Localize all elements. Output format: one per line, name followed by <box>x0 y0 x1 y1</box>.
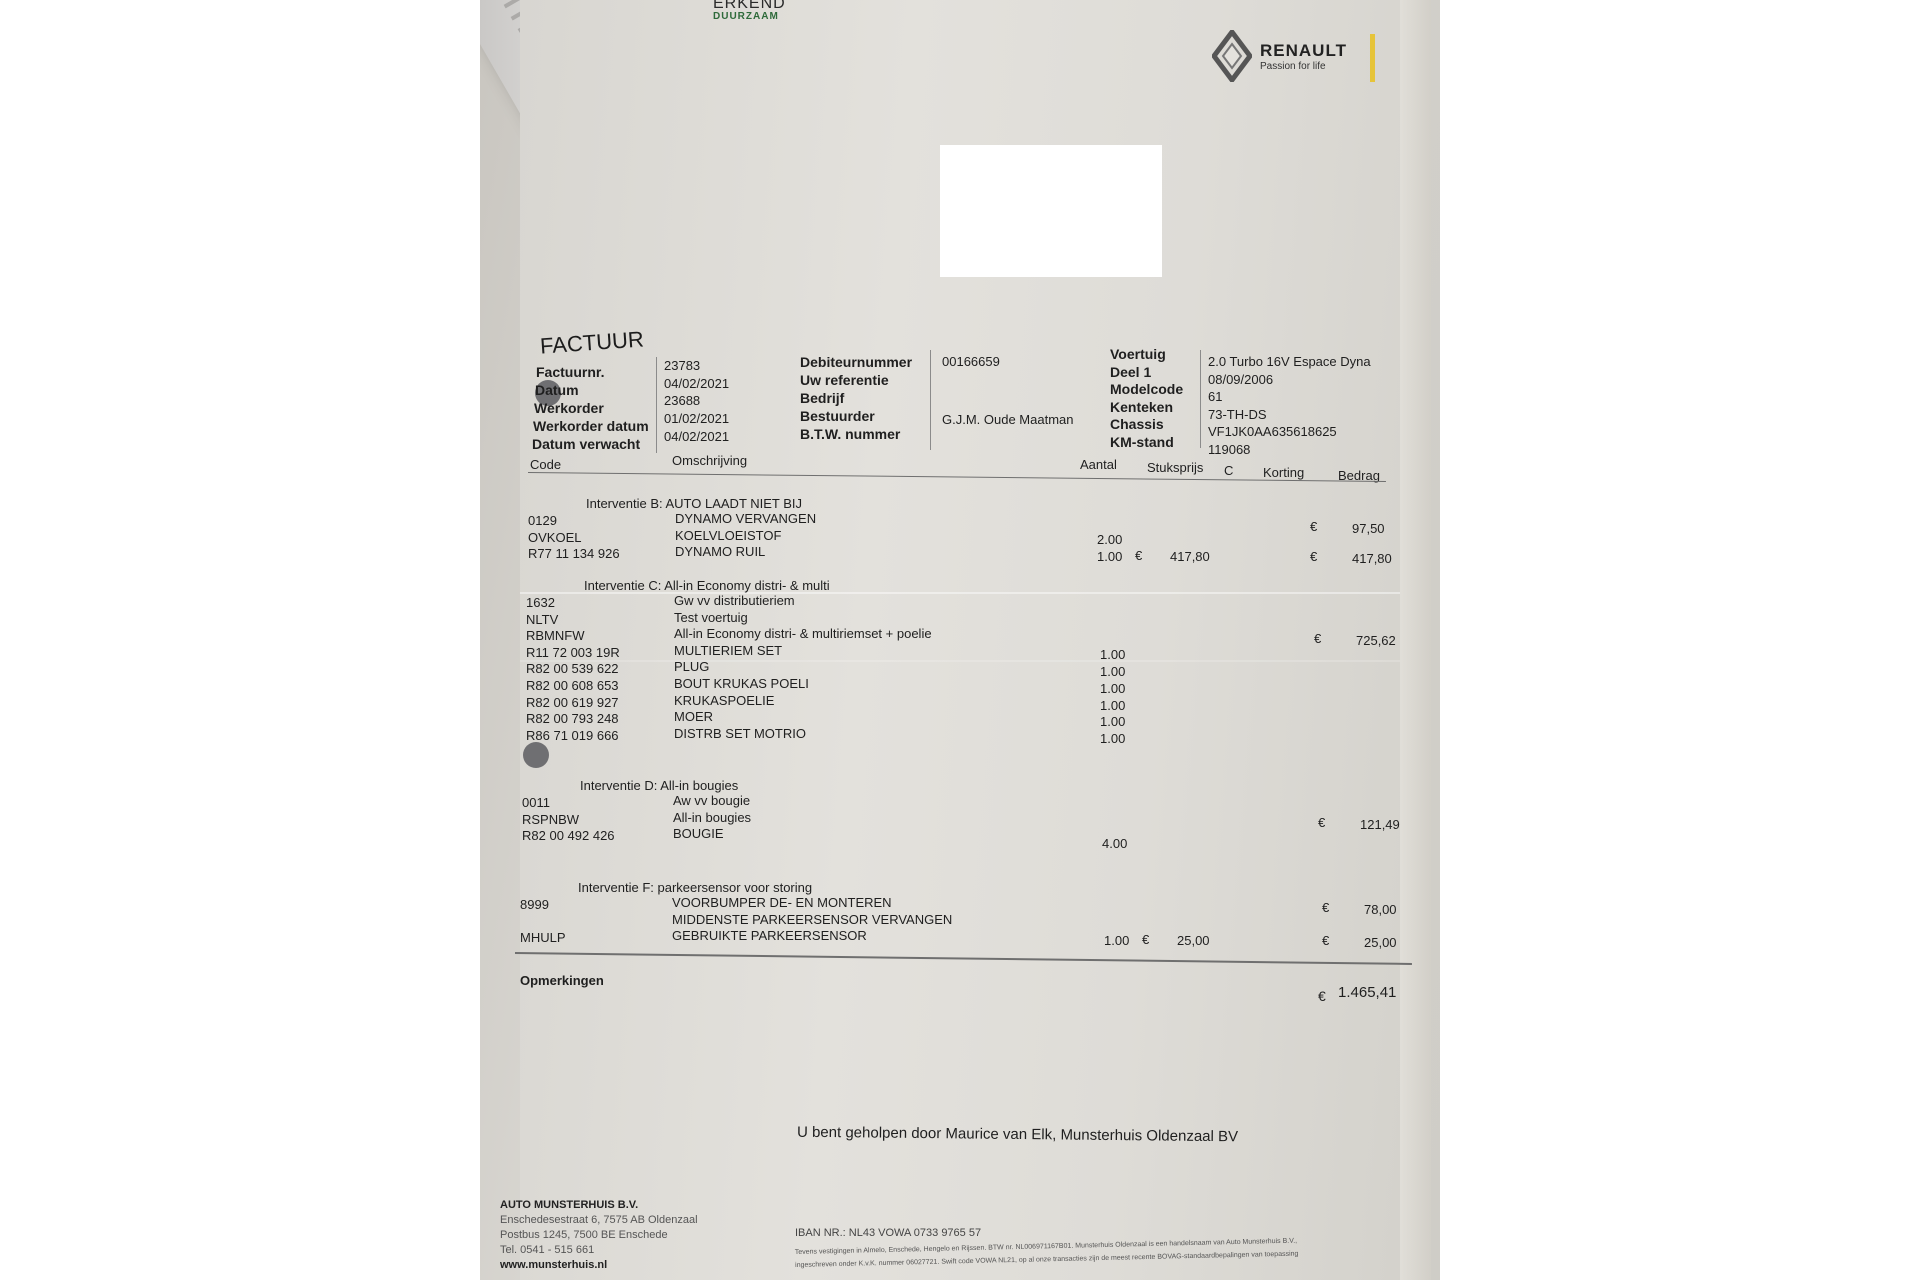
column-header-unit-price: Stuksprijs <box>1147 460 1203 475</box>
company-info: AUTO MUNSTERHUIS B.V. Enschedesestraat 6… <box>500 1198 698 1273</box>
header-value: 23783 <box>664 358 700 373</box>
line-description: All-in bougies <box>673 810 751 825</box>
line-code: R11 72 003 19R <box>526 645 620 660</box>
vehicle-label: Modelcode <box>1110 381 1183 397</box>
currency-symbol: € <box>1322 933 1329 948</box>
company-postbox: Postbus 1245, 7500 BE Enschede <box>500 1228 698 1243</box>
intervention-title: Interventie B: AUTO LAADT NIET BIJ <box>586 496 802 511</box>
currency-symbol: € <box>1310 519 1317 534</box>
divider <box>656 357 657 453</box>
line-code: 0129 <box>528 513 557 528</box>
line-amount: 417,80 <box>1352 551 1392 566</box>
divider <box>930 350 931 450</box>
currency-symbol: € <box>1314 631 1321 646</box>
brand-tagline: Passion for life <box>1260 61 1347 72</box>
line-code: R86 71 019 666 <box>526 728 619 743</box>
line-code: R82 00 793 248 <box>526 711 619 726</box>
line-description: Test voertuig <box>674 610 748 625</box>
intervention-title: Interventie C: All-in Economy distri- & … <box>584 578 830 593</box>
line-amount: 725,62 <box>1356 633 1396 648</box>
line-description: Gw vv distributieriem <box>674 593 795 608</box>
currency-symbol: € <box>1135 548 1142 563</box>
line-description: DISTRB SET MOTRIO <box>674 726 806 741</box>
renault-logo: RENAULT Passion for life <box>1212 30 1347 82</box>
erkend-duurzaam-badge: ERKEND DUURZAAM <box>713 0 786 22</box>
renault-diamond-icon <box>1212 30 1252 82</box>
company-name: AUTO MUNSTERHUIS B.V. <box>500 1198 698 1213</box>
brand-accent-bar <box>1370 34 1375 82</box>
line-amount: 97,50 <box>1352 521 1385 536</box>
vehicle-label: Chassis <box>1110 416 1164 432</box>
currency-symbol: € <box>1142 932 1149 947</box>
line-code: R82 00 608 653 <box>526 678 619 693</box>
brand-name: RENAULT <box>1260 41 1347 61</box>
header-value: 23688 <box>664 393 700 408</box>
column-header-description: Omschrijving <box>672 453 747 468</box>
intervention-title: Interventie F: parkeersensor voor storin… <box>578 880 812 895</box>
line-code: RBMNFW <box>526 628 585 643</box>
line-description: KRUKASPOELIE <box>674 693 774 708</box>
line-code: R77 11 134 926 <box>528 546 620 561</box>
vehicle-label: Deel 1 <box>1110 364 1151 380</box>
line-description: MOER <box>674 709 713 724</box>
header-label: Bedrijf <box>800 390 844 406</box>
line-amount: 121,49 <box>1360 817 1400 832</box>
line-description: BOUGIE <box>673 826 724 841</box>
line-description: KOELVLOEISTOF <box>675 528 781 543</box>
column-header-code: Code <box>530 457 561 472</box>
line-quantity: 2.00 <box>1097 532 1122 547</box>
header-label: B.T.W. nummer <box>800 426 900 442</box>
currency-symbol: € <box>1310 549 1317 564</box>
line-quantity: 1.00 <box>1100 664 1125 679</box>
currency-symbol: € <box>1322 900 1329 915</box>
line-quantity: 1.00 <box>1100 714 1125 729</box>
line-quantity: 1.00 <box>1100 681 1125 696</box>
vehicle-value: 61 <box>1208 389 1222 404</box>
total-amount: 1.465,41 <box>1338 984 1396 1001</box>
line-description: VOORBUMPER DE- EN MONTEREN <box>672 895 892 910</box>
badge-line2: DUURZAAM <box>713 12 786 22</box>
line-description: DYNAMO RUIL <box>675 544 765 559</box>
header-label: Werkorder <box>534 400 604 416</box>
vehicle-value: 08/09/2006 <box>1208 372 1273 387</box>
intervention-title: Interventie D: All-in bougies <box>580 778 738 793</box>
header-label: Datum verwacht <box>532 436 640 452</box>
line-description: GEBRUIKTE PARKEERSENSOR <box>672 928 867 943</box>
vehicle-label: Kenteken <box>1110 399 1173 415</box>
line-unit-price: 417,80 <box>1170 549 1210 564</box>
line-quantity: 4.00 <box>1102 836 1127 851</box>
line-quantity: 1.00 <box>1100 647 1125 662</box>
vehicle-value: 119068 <box>1208 442 1250 457</box>
header-value: G.J.M. Oude Maatman <box>942 412 1074 427</box>
line-code: RSPNBW <box>522 812 579 827</box>
remarks-label: Opmerkingen <box>520 973 604 988</box>
divider <box>1200 350 1201 448</box>
line-unit-price: 25,00 <box>1177 933 1210 948</box>
line-description: PLUG <box>674 659 709 674</box>
line-amount: 25,00 <box>1364 935 1397 950</box>
company-website[interactable]: www.munsterhuis.nl <box>500 1258 698 1273</box>
line-amount: 78,00 <box>1364 902 1397 917</box>
header-value: 04/02/2021 <box>664 429 729 444</box>
line-description: MULTIERIEM SET <box>674 643 782 658</box>
line-code: 8999 <box>520 897 549 912</box>
header-value: 01/02/2021 <box>664 411 729 426</box>
column-header-discount: Korting <box>1263 465 1304 480</box>
redacted-address-block <box>940 145 1162 277</box>
company-address: Enschedesestraat 6, 7575 AB Oldenzaal <box>500 1213 698 1228</box>
punch-hole <box>523 742 549 768</box>
header-value: 00166659 <box>942 354 1000 369</box>
line-code: OVKOEL <box>528 530 581 545</box>
header-label: Datum <box>535 382 579 398</box>
line-description: BOUT KRUKAS POELI <box>674 676 809 691</box>
header-label: Debiteurnummer <box>800 354 912 370</box>
line-code: R82 00 492 426 <box>522 828 615 843</box>
total-currency: € <box>1318 988 1326 1004</box>
line-code: R82 00 619 927 <box>526 695 619 710</box>
line-description: Aw vv bougie <box>673 793 750 808</box>
currency-symbol: € <box>1318 815 1325 830</box>
line-quantity: 1.00 <box>1104 933 1129 948</box>
line-code: R82 00 539 622 <box>526 661 619 676</box>
header-label: Werkorder datum <box>533 418 649 434</box>
line-quantity: 1.00 <box>1100 731 1125 746</box>
line-code: 0011 <box>522 795 550 810</box>
line-code: MHULP <box>520 930 566 945</box>
line-description: MIDDENSTE PARKEERSENSOR VERVANGEN <box>672 912 952 927</box>
line-quantity: 1.00 <box>1100 698 1125 713</box>
vehicle-value: VF1JK0AA635618625 <box>1208 424 1337 439</box>
line-code: 1632 <box>526 595 555 610</box>
iban-number: IBAN NR.: NL43 VOWA 0733 9765 57 <box>795 1227 981 1239</box>
header-value: 04/02/2021 <box>664 376 729 391</box>
vehicle-label: Voertuig <box>1110 346 1166 362</box>
company-phone: Tel. 0541 - 515 661 <box>500 1243 698 1258</box>
header-label: Uw referentie <box>800 372 889 388</box>
vehicle-value: 73-TH-DS <box>1208 407 1267 422</box>
column-header-quantity: Aantal <box>1080 457 1117 472</box>
column-header-c: C <box>1224 463 1233 478</box>
vehicle-label: KM-stand <box>1110 434 1174 450</box>
line-description: All-in Economy distri- & multiriemset + … <box>674 626 932 641</box>
vehicle-value: 2.0 Turbo 16V Espace Dyna <box>1208 354 1371 369</box>
line-code: NLTV <box>526 612 558 627</box>
line-description: DYNAMO VERVANGEN <box>675 511 816 526</box>
header-label: Factuurnr. <box>536 364 604 380</box>
header-label: Bestuurder <box>800 408 875 424</box>
line-quantity: 1.00 <box>1097 549 1122 564</box>
